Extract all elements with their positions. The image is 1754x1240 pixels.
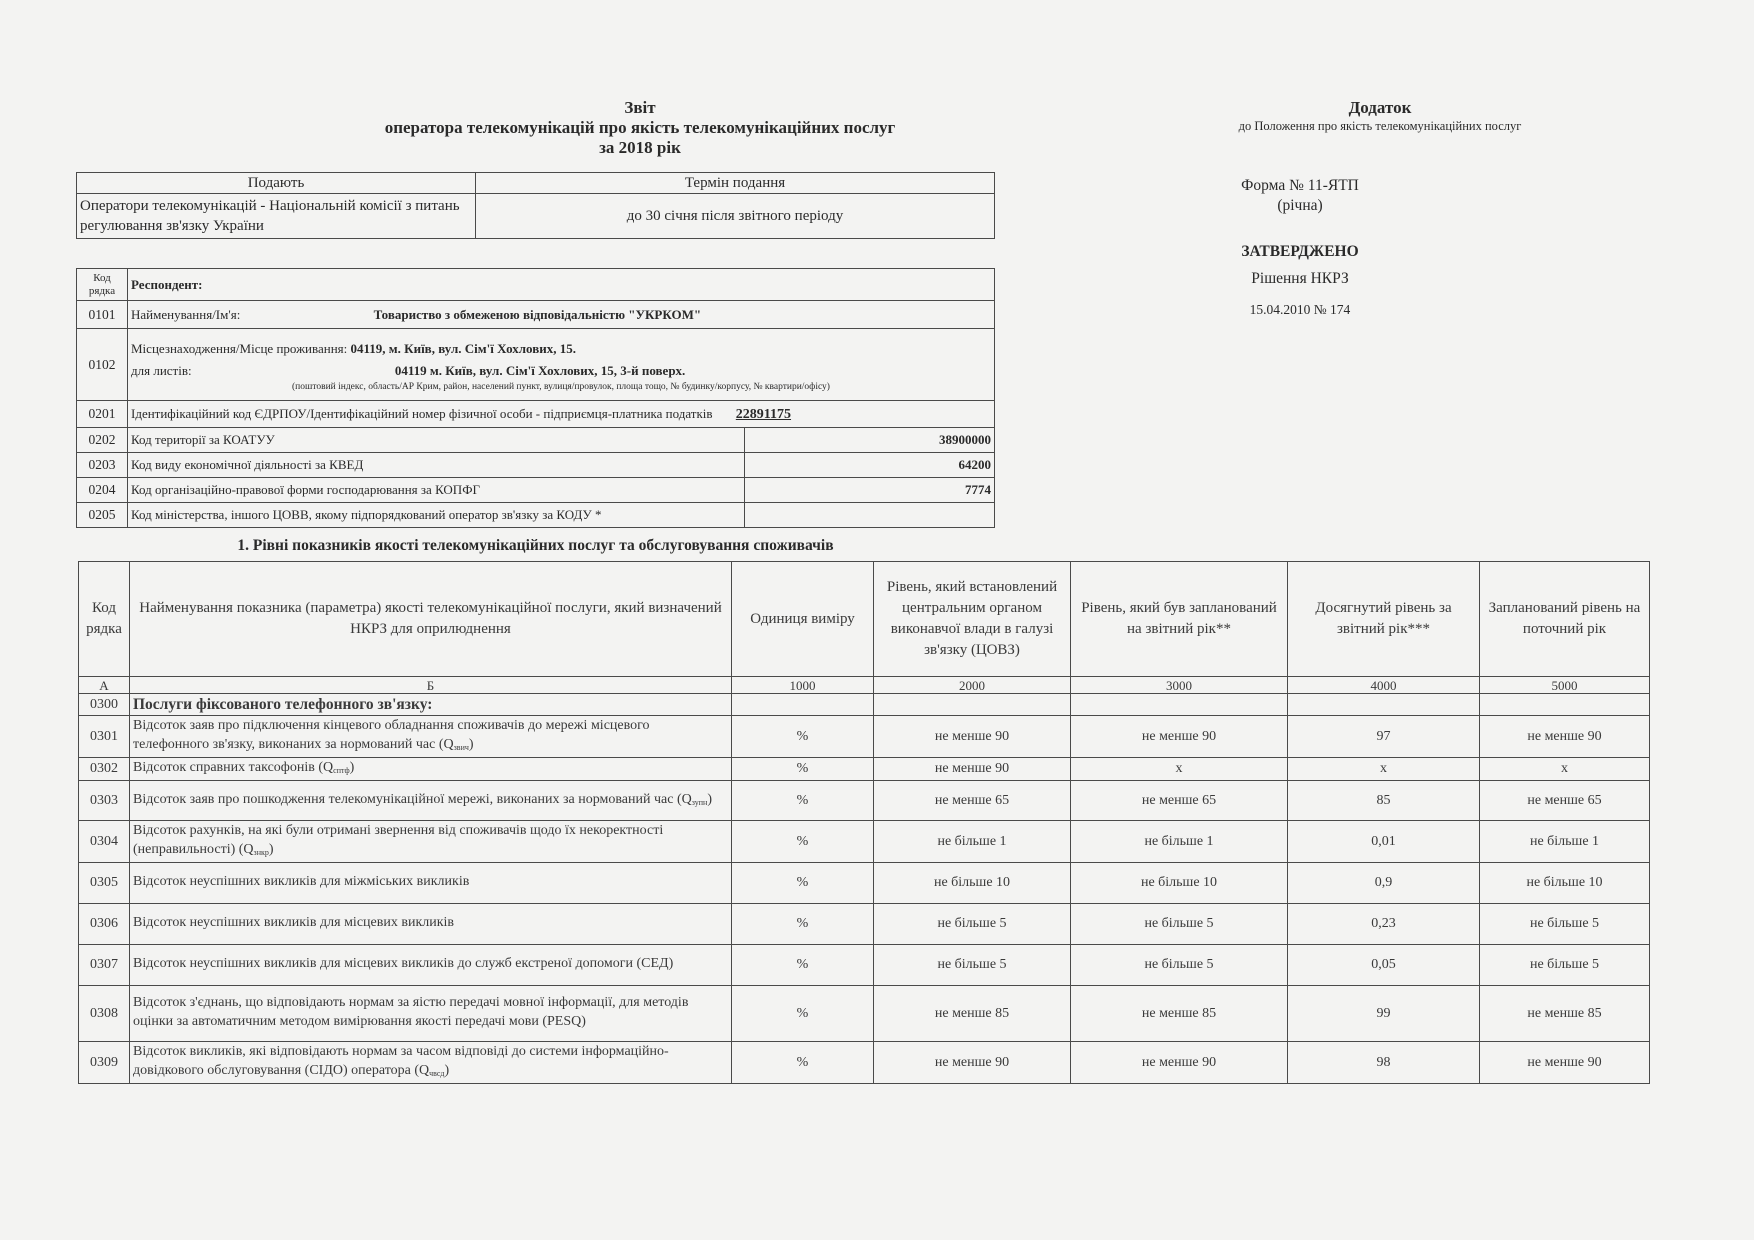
- planned-current-cell: не менше 65: [1480, 781, 1650, 821]
- metric-name: Відсоток заяв про пошкодження телекомуні…: [130, 781, 732, 821]
- col-num: 4000: [1288, 677, 1480, 694]
- table-row: 0301Відсоток заяв про підключення кінцев…: [79, 716, 1650, 758]
- planned-level-cell: не менше 65: [1071, 781, 1288, 821]
- group-name: Послуги фіксованого телефонного зв'язку:: [130, 694, 732, 716]
- cozv-level-cell: не більше 10: [874, 863, 1071, 904]
- row-code: 0205: [77, 503, 128, 528]
- col-header-achieved: Досягнутий рівень за звітний рік***: [1288, 562, 1480, 677]
- row-code: 0301: [79, 716, 130, 758]
- table-row: 0309Відсоток викликів, які відповідають …: [79, 1042, 1650, 1084]
- col-num: Б: [130, 677, 732, 694]
- col-num: 3000: [1071, 677, 1288, 694]
- quality-metrics-table: Код рядка Найменування показника (параме…: [78, 561, 1650, 1084]
- col-header-planned-current: Запланований рівень на поточний рік: [1480, 562, 1650, 677]
- approved-label: ЗАТВЕРДЖЕНО: [1180, 242, 1420, 262]
- row-code: 0308: [79, 986, 130, 1042]
- location-label: Місцезнаходження/Місце проживання:: [131, 341, 347, 356]
- metric-name: Відсоток справних таксофонів (Qсптф): [130, 758, 732, 781]
- metric-name: Відсоток заяв про підключення кінцевого …: [130, 716, 732, 758]
- submission-table: Подають Термін подання Оператори телеком…: [76, 172, 995, 239]
- planned-current-cell: не більше 5: [1480, 904, 1650, 945]
- location-value: 04119, м. Київ, вул. Сім'ї Хохлових, 15.: [351, 341, 576, 356]
- achieved-level-cell: 97: [1288, 716, 1480, 758]
- cozv-level-cell: не менше 90: [874, 716, 1071, 758]
- planned-current-cell: не більше 1: [1480, 821, 1650, 863]
- report-title-line2: оператора телекомунікацій про якість тел…: [330, 118, 950, 138]
- metric-name: Відсоток неуспішних викликів для міжмісь…: [130, 863, 732, 904]
- table-row: 0307Відсоток неуспішних викликів для міс…: [79, 945, 1650, 986]
- cozv-level-cell: не більше 1: [874, 821, 1071, 863]
- planned-current-cell: не менше 85: [1480, 986, 1650, 1042]
- row-code: 0202: [77, 428, 128, 453]
- achieved-level-cell: 99: [1288, 986, 1480, 1042]
- planned-level-cell: не менше 85: [1071, 986, 1288, 1042]
- submitters-value: Оператори телекомунікацій - Національній…: [77, 194, 476, 239]
- col-num: А: [79, 677, 130, 694]
- achieved-level-cell: x: [1288, 758, 1480, 781]
- kved-value: 64200: [745, 453, 995, 478]
- kved-label: Код виду економічної діяльності за КВЕД: [128, 453, 745, 478]
- unit-cell: %: [732, 1042, 874, 1084]
- unit-cell: %: [732, 863, 874, 904]
- table-row: 0303Відсоток заяв про пошкодження телеко…: [79, 781, 1650, 821]
- cozv-level-cell: не більше 5: [874, 945, 1071, 986]
- edrpou-value: 22891175: [736, 407, 791, 422]
- approval-block: ЗАТВЕРДЖЕНО Рішення НКРЗ 15.04.2010 № 17…: [1180, 242, 1420, 318]
- planned-level-cell: не менше 90: [1071, 716, 1288, 758]
- name-label: Найменування/Ім'я:: [131, 307, 240, 322]
- form-period: (річна): [1180, 196, 1420, 216]
- row-code: 0304: [79, 821, 130, 863]
- approved-date: 15.04.2010 № 174: [1180, 302, 1420, 318]
- row-code: 0306: [79, 904, 130, 945]
- deadline-header: Термін подання: [476, 173, 995, 194]
- kodu-value: [745, 503, 995, 528]
- achieved-level-cell: 0,9: [1288, 863, 1480, 904]
- kopfg-value: 7774: [745, 478, 995, 503]
- addendum-subtitle: до Положення про якість телекомунікаційн…: [1180, 118, 1580, 134]
- planned-level-cell: не більше 5: [1071, 904, 1288, 945]
- respondent-header: Респондент:: [128, 269, 995, 301]
- achieved-level-cell: 0,01: [1288, 821, 1480, 863]
- achieved-level-cell: 0,05: [1288, 945, 1480, 986]
- row-code: 0303: [79, 781, 130, 821]
- submitters-header: Подають: [77, 173, 476, 194]
- addendum-block: Додаток до Положення про якість телекому…: [1180, 98, 1580, 134]
- mail-value: 04119 м. Київ, вул. Сім'ї Хохлових, 15, …: [395, 363, 685, 378]
- planned-current-cell: не менше 90: [1480, 716, 1650, 758]
- cozv-level-cell: не менше 85: [874, 986, 1071, 1042]
- planned-level-cell: не більше 10: [1071, 863, 1288, 904]
- col-num: 2000: [874, 677, 1071, 694]
- edrpou-label: Ідентифікаційний код ЄДРПОУ/Ідентифікаці…: [131, 406, 713, 421]
- code-header: Код рядка: [77, 269, 128, 301]
- planned-current-cell: не більше 10: [1480, 863, 1650, 904]
- koatuu-label: Код території за КОАТУУ: [128, 428, 745, 453]
- row-code: 0309: [79, 1042, 130, 1084]
- report-title-line3: за 2018 рік: [330, 138, 950, 158]
- deadline-value: до 30 січня після звітного періоду: [476, 194, 995, 239]
- planned-current-cell: не більше 5: [1480, 945, 1650, 986]
- group-code: 0300: [79, 694, 130, 716]
- metric-name: Відсоток викликів, які відповідають норм…: [130, 1042, 732, 1084]
- unit-cell: %: [732, 758, 874, 781]
- approved-by: Рішення НКРЗ: [1180, 270, 1420, 288]
- edrpou-row: Ідентифікаційний код ЄДРПОУ/Ідентифікаці…: [128, 401, 995, 428]
- row-code: 0102: [77, 329, 128, 401]
- col-header-code: Код рядка: [79, 562, 130, 677]
- planned-current-cell: не менше 90: [1480, 1042, 1650, 1084]
- metric-name: Відсоток з'єднань, що відповідають норма…: [130, 986, 732, 1042]
- form-number: Форма № 11-ЯТП: [1180, 176, 1420, 196]
- unit-cell: %: [732, 716, 874, 758]
- column-numbers-row: А Б 1000 2000 3000 4000 5000: [79, 677, 1650, 694]
- col-header-cozv: Рівень, який встановлений центральним ор…: [874, 562, 1071, 677]
- metric-name: Відсоток неуспішних викликів для місцеви…: [130, 945, 732, 986]
- form-info: Форма № 11-ЯТП (річна): [1180, 176, 1420, 216]
- table-row: 0308Відсоток з'єднань, що відповідають н…: [79, 986, 1650, 1042]
- cozv-level-cell: не менше 90: [874, 758, 1071, 781]
- metric-name: Відсоток рахунків, на які були отримані …: [130, 821, 732, 863]
- kopfg-label: Код організаційно-правової форми господа…: [128, 478, 745, 503]
- unit-cell: %: [732, 945, 874, 986]
- unit-cell: %: [732, 781, 874, 821]
- col-header-planned: Рівень, який був запланований на звітний…: [1071, 562, 1288, 677]
- name-row: Найменування/Ім'я: Товариство з обмежено…: [128, 301, 995, 329]
- row-code: 0204: [77, 478, 128, 503]
- unit-cell: %: [732, 821, 874, 863]
- planned-level-cell: не менше 90: [1071, 1042, 1288, 1084]
- company-name: Товариство з обмеженою відповідальністю …: [374, 307, 702, 322]
- row-code: 0307: [79, 945, 130, 986]
- cozv-level-cell: не більше 5: [874, 904, 1071, 945]
- col-header-unit: Одиниця виміру: [732, 562, 874, 677]
- achieved-level-cell: 98: [1288, 1042, 1480, 1084]
- row-code: 0305: [79, 863, 130, 904]
- cozv-level-cell: не менше 65: [874, 781, 1071, 821]
- achieved-level-cell: 0,23: [1288, 904, 1480, 945]
- report-title: Звіт оператора телекомунікацій про якіст…: [330, 98, 950, 158]
- metric-name: Відсоток неуспішних викликів для місцеви…: [130, 904, 732, 945]
- report-title-line1: Звіт: [330, 98, 950, 118]
- section-title: 1. Рівні показників якості телекомунікац…: [76, 537, 995, 555]
- unit-cell: %: [732, 904, 874, 945]
- addendum-title: Додаток: [1180, 98, 1580, 118]
- mail-label: для листів:: [131, 363, 192, 378]
- koatuu-value: 38900000: [745, 428, 995, 453]
- address-note: (поштовий індекс, область/АР Крим, район…: [131, 382, 991, 392]
- row-code: 0203: [77, 453, 128, 478]
- address-row: Місцезнаходження/Місце проживання: 04119…: [128, 329, 995, 401]
- table-row: 0302Відсоток справних таксофонів (Qсптф)…: [79, 758, 1650, 781]
- col-header-name: Найменування показника (параметра) якост…: [130, 562, 732, 677]
- row-code: 0201: [77, 401, 128, 428]
- planned-current-cell: x: [1480, 758, 1650, 781]
- cozv-level-cell: не менше 90: [874, 1042, 1071, 1084]
- unit-cell: %: [732, 986, 874, 1042]
- planned-level-cell: не більше 5: [1071, 945, 1288, 986]
- col-num: 1000: [732, 677, 874, 694]
- achieved-level-cell: 85: [1288, 781, 1480, 821]
- planned-level-cell: не більше 1: [1071, 821, 1288, 863]
- col-num: 5000: [1480, 677, 1650, 694]
- table-row: 0305Відсоток неуспішних викликів для між…: [79, 863, 1650, 904]
- table-row: 0306Відсоток неуспішних викликів для міс…: [79, 904, 1650, 945]
- table-row: 0304Відсоток рахунків, на які були отрим…: [79, 821, 1650, 863]
- group-row: 0300 Послуги фіксованого телефонного зв'…: [79, 694, 1650, 716]
- kodu-label: Код міністерства, іншого ЦОВВ, якому під…: [128, 503, 745, 528]
- respondent-table: Код рядка Респондент: 0101 Найменування/…: [76, 268, 995, 528]
- row-code: 0302: [79, 758, 130, 781]
- row-code: 0101: [77, 301, 128, 329]
- planned-level-cell: x: [1071, 758, 1288, 781]
